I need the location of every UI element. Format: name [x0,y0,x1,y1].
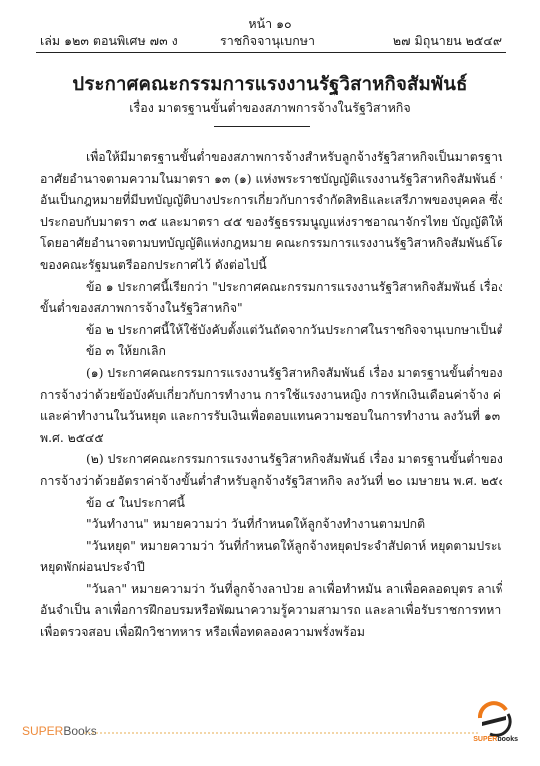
footer-brand: SUPERBooks [22,724,97,738]
volume-issue: เล่ม ๑๒๓ ตอนพิเศษ ๗๓ ง [40,31,178,51]
document-line: พ.ศ. ๒๕๔๕ [40,428,502,450]
document-line: ของคณะรัฐมนตรีออกประกาศไว้ ดังต่อไปนี้ [40,255,502,277]
publication-date: ๒๗ มิถุนายน ๒๕๔๙ [393,31,502,51]
document-line: "วันลา" หมายความว่า วันที่ลูกจ้างลาป่วย … [40,579,502,601]
document-line: ข้อ ๑ ประกาศนี้เรียกว่า "ประกาศคณะกรรมกา… [40,277,502,299]
footer-logo-text: SUPERbooks [473,736,518,743]
title-divider [214,126,310,127]
document-line: (๒) ประกาศคณะกรรมการแรงงานรัฐวิสาหกิจสัม… [40,449,502,471]
document-line: ข้อ ๓ ให้ยกเลิก [40,341,502,363]
document-line: อันจำเป็น ลาเพื่อการฝึกอบรมหรือพัฒนาความ… [40,600,502,622]
footer-dotted-line [84,732,478,734]
document-line: ขั้นต่ำของสภาพการจ้างในรัฐวิสาหกิจ" [40,298,502,320]
document-line: และค่าทำงานในวันหยุด และการรับเงินเพื่อต… [40,406,502,428]
document-line: ข้อ ๔ ในประกาศนี้ [40,493,502,515]
document-line: (๑) ประกาศคณะกรรมการแรงงานรัฐวิสาหกิจสัม… [40,363,502,385]
gazette-header: เล่ม ๑๒๓ ตอนพิเศษ ๗๓ ง ราชกิจจานุเบกษา ๒… [40,31,502,49]
document-line: "วันทำงาน" หมายความว่า วันที่กำหนดให้ลูก… [40,514,502,536]
document-line: การจ้างว่าด้วยอัตราค่าจ้างขั้นต่ำสำหรับล… [40,471,502,493]
header-divider [36,52,506,53]
document-line: โดยอาศัยอำนาจตามบทบัญญัติแห่งกฎหมาย คณะก… [40,233,502,255]
gazette-page: หน้า ๑๐ เล่ม ๑๒๓ ตอนพิเศษ ๗๓ ง ราชกิจจาน… [0,0,540,766]
document-line: หยุดพักผ่อนประจำปี [40,557,502,579]
document-subtitle: เรื่อง มาตรฐานขั้นต่ำของสภาพการจ้างในรัฐ… [0,98,540,118]
document-line: อันเป็นกฎหมายที่มีบทบัญญัติบางประการเกี่… [40,190,502,212]
gazette-name: ราชกิจจานุเบกษา [220,31,315,51]
document-line: "วันหยุด" หมายความว่า วันที่กำหนดให้ลูกจ… [40,536,502,558]
document-title: ประกาศคณะกรรมการแรงงานรัฐวิสาหกิจสัมพันธ… [0,70,540,99]
document-line: เพื่อให้มีมาตรฐานขั้นต่ำของสภาพการจ้างสำ… [40,147,502,169]
document-body: เพื่อให้มีมาตรฐานขั้นต่ำของสภาพการจ้างสำ… [40,147,502,644]
document-line: ข้อ ๒ ประกาศนี้ให้ใช้บังคับตั้งแต่วันถัด… [40,320,502,342]
document-line: เพื่อตรวจสอบ เพื่อฝึกวิชาทหาร หรือเพื่อท… [40,622,502,644]
document-line: อาศัยอำนาจตามความในมาตรา ๑๓ (๑) แห่งพระร… [40,169,502,191]
footer: SUPERBooks SUPERbooks [22,724,518,744]
document-line: ประกอบกับมาตรา ๓๕ และมาตรา ๔๕ ของรัฐธรรม… [40,212,502,234]
document-line: การจ้างว่าด้วยข้อบังคับเกี่ยวกับการทำงาน… [40,385,502,407]
